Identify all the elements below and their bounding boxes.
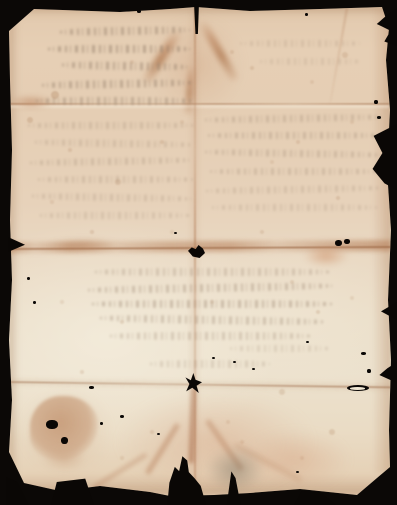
dark-speck [89, 386, 94, 389]
dark-speck [27, 277, 30, 280]
dark-speck [361, 352, 366, 355]
dark-speck [377, 116, 381, 119]
dark-speck [174, 232, 177, 234]
dark-speck [137, 10, 141, 13]
dark-speck [306, 341, 309, 343]
dark-speck [233, 361, 236, 363]
dark-speck [33, 301, 36, 304]
dark-speck [296, 471, 299, 473]
dark-speck [344, 239, 350, 244]
photo-frame [0, 0, 397, 505]
dark-speck [374, 100, 378, 104]
dark-speck [335, 240, 342, 246]
dark-speck [120, 415, 124, 418]
dark-speck [305, 13, 308, 16]
dark-speck [367, 369, 371, 373]
dark-speck [252, 368, 255, 370]
dark-speck [100, 422, 103, 425]
dark-speck [157, 433, 160, 435]
dark-speck [61, 437, 68, 444]
dark-speck-layer [0, 0, 397, 505]
dark-speck [46, 420, 58, 429]
dark-speck [212, 357, 215, 359]
